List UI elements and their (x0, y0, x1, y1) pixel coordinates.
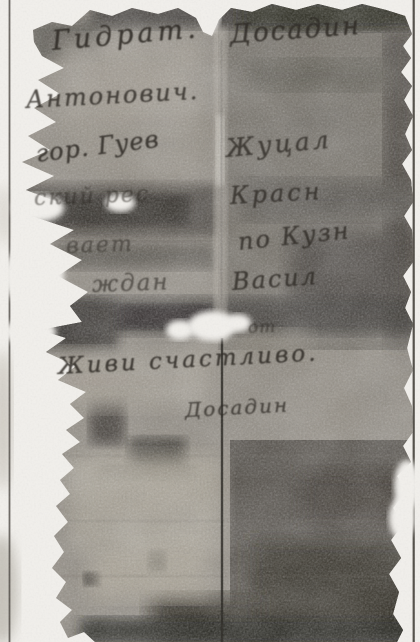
note-photograph: Гидрат. Досадин Антонович. гор. Гуев Жуц… (0, 0, 420, 642)
global-grain (0, 0, 420, 642)
torn-paper-artwork (0, 0, 420, 642)
